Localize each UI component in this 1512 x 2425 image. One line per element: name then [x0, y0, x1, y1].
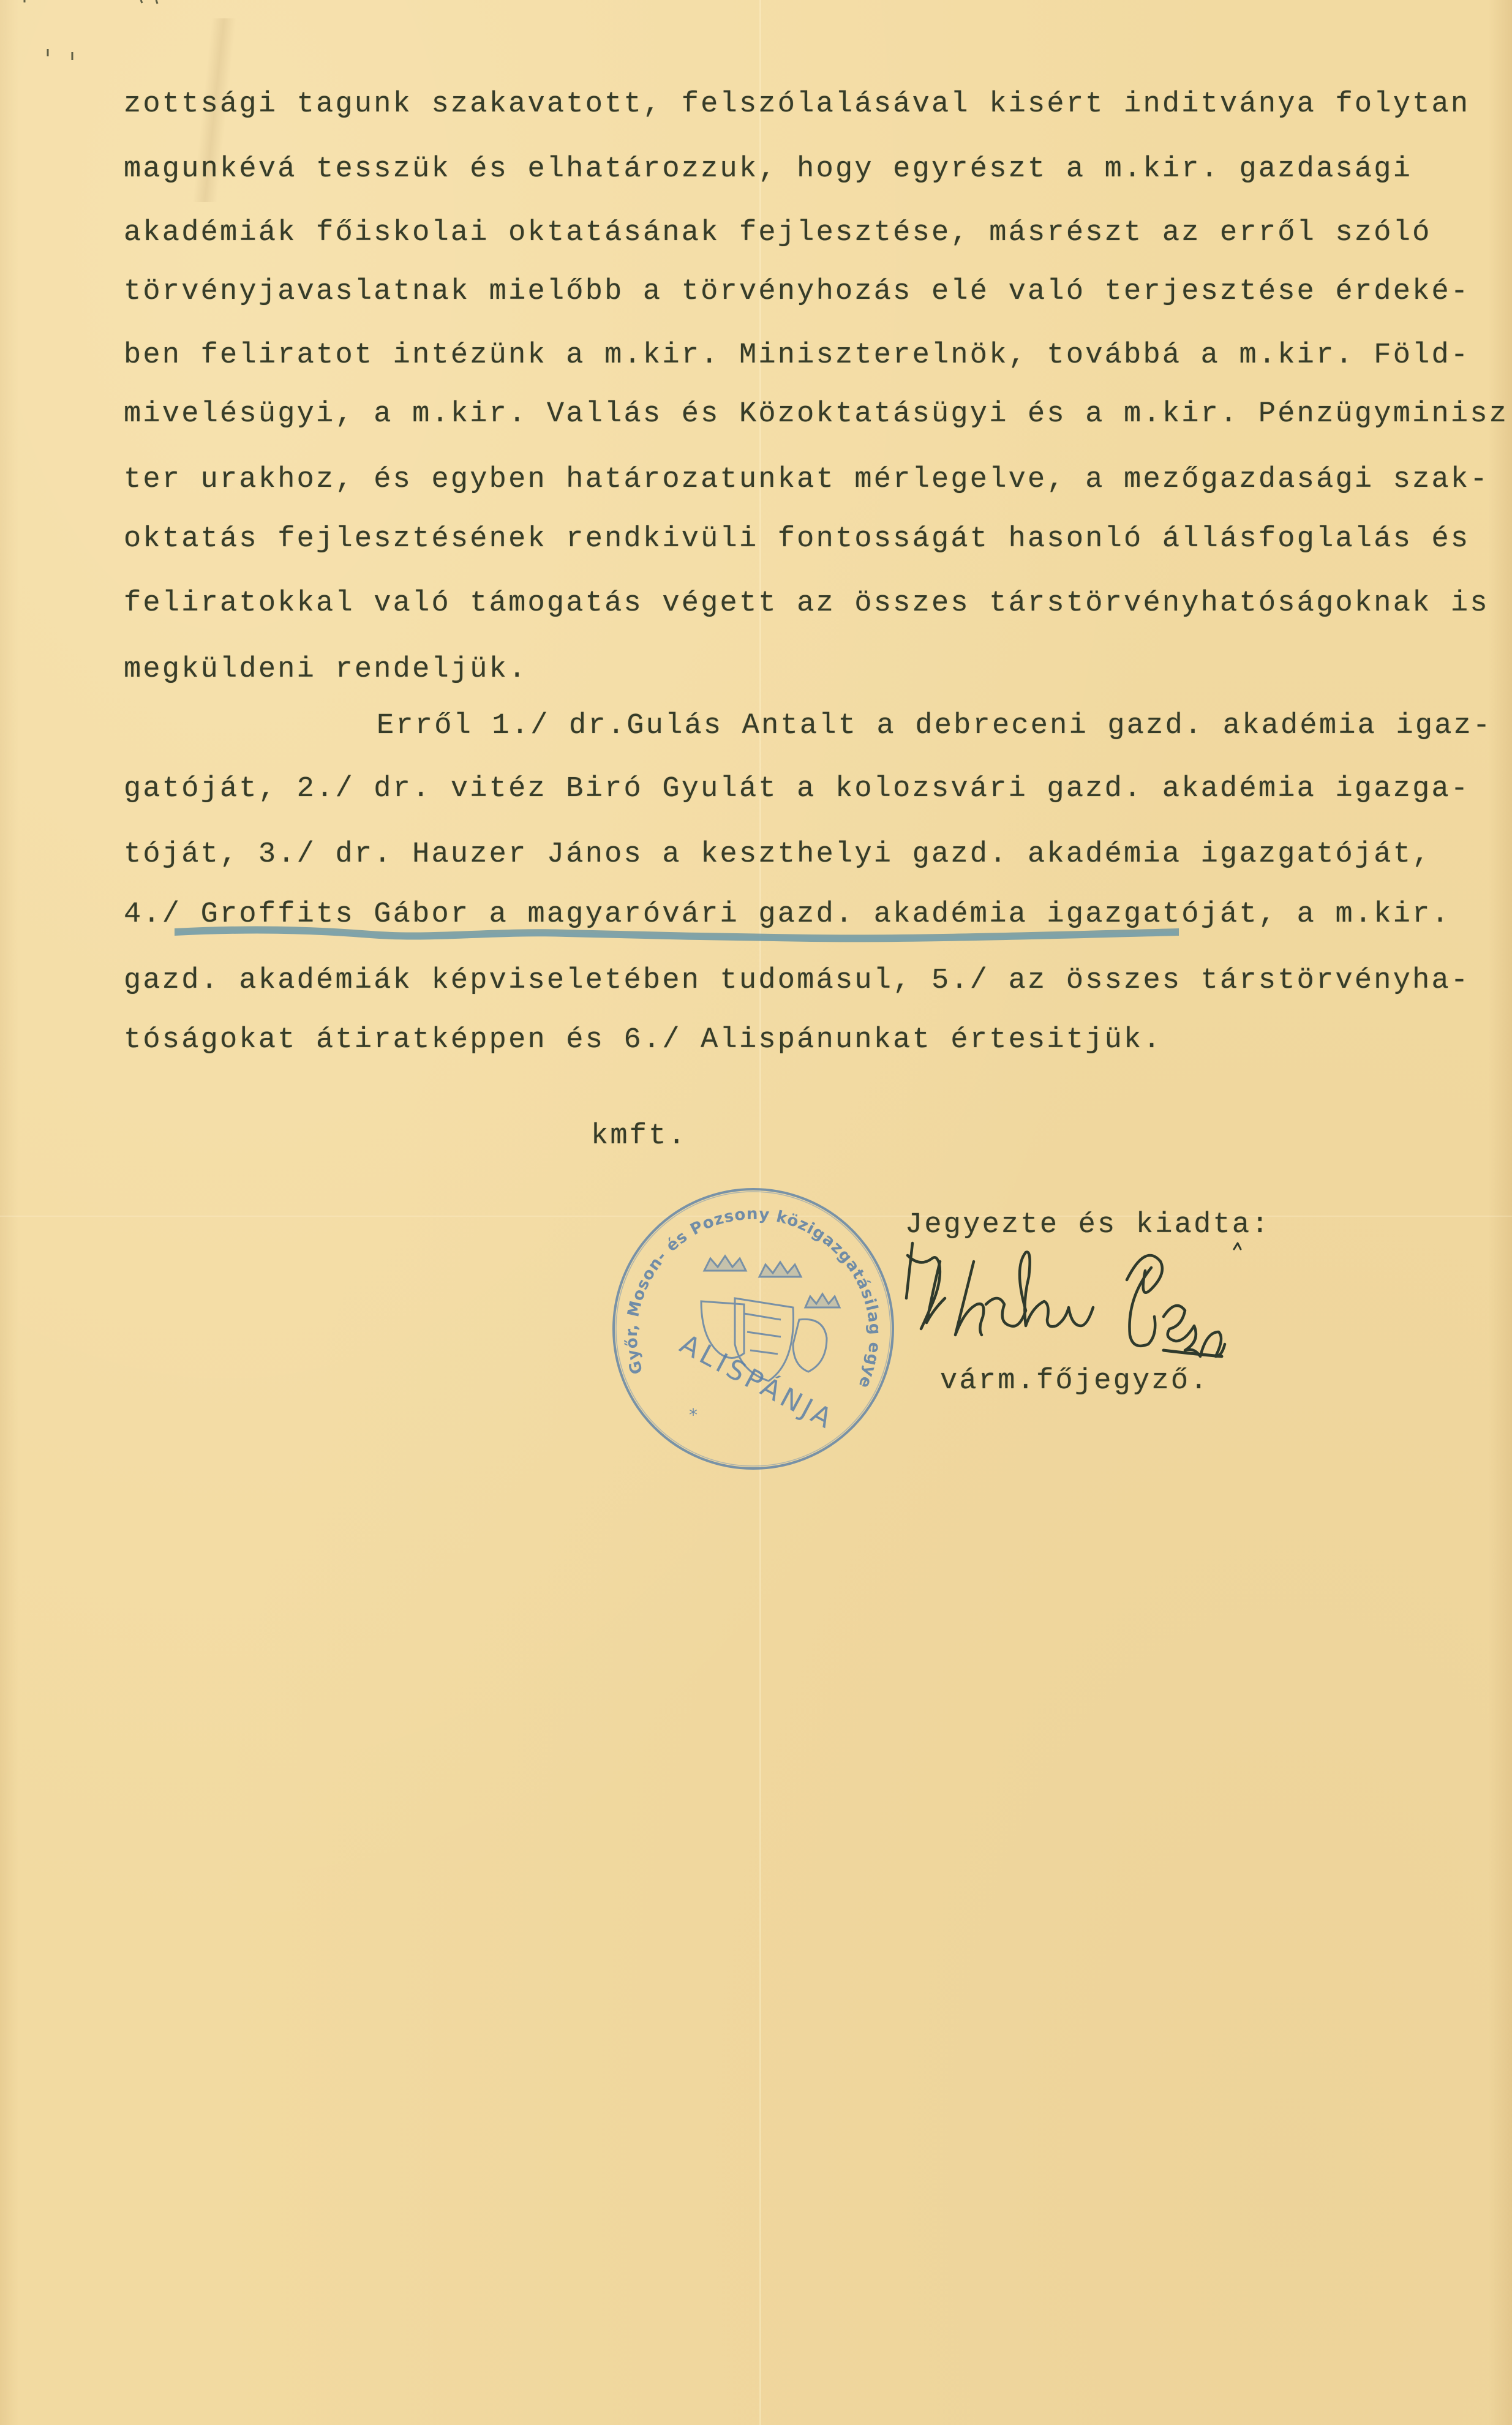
distribution-line: gatóját, 2./ dr. vitéz Biró Gyulát a kol… [124, 775, 1470, 803]
distribution-line: gazd. akadémiák képviseletében tudomásul… [124, 966, 1470, 995]
body-line: törvényjavaslatnak mielőbb a törvényhozá… [124, 277, 1470, 306]
distribution-line: Erről 1./ dr.Gulás Antalt a debreceni ga… [377, 712, 1492, 740]
stamp-center-text: ALISPÁNJA [675, 1328, 841, 1437]
body-line: oktatás fejlesztésének rendkivüli fontos… [124, 525, 1470, 554]
stamp-star: * [689, 1405, 698, 1425]
handwritten-signature [894, 1231, 1335, 1372]
body-line: megküldeni rendeljük. [124, 655, 528, 684]
distribution-line: tóságokat átiratképpen és 6./ Alispánunk… [124, 1026, 1162, 1055]
top-edge-ink-marks [0, 0, 1512, 67]
body-line: mivelésügyi, a m.kir. Vallás és Közoktat… [124, 400, 1512, 429]
body-line: zottsági tagunk szakavatott, felszólalás… [124, 90, 1470, 119]
blue-crayon-underline [175, 925, 1179, 943]
body-line: akadémiák főiskolai oktatásának fejleszt… [124, 219, 1432, 247]
body-line: feliratokkal való támogatás végett az ös… [124, 589, 1489, 618]
body-line: magunkévá tesszük és elhatározzuk, hogy … [124, 155, 1412, 184]
body-line: ben feliratot intézünk a m.kir. Miniszte… [124, 341, 1470, 370]
official-stamp-seal: Győr, Moson- és Pozsony közigazgatásilag… [603, 1179, 903, 1479]
distribution-line: tóját, 3./ dr. Hauzer János a keszthelyi… [124, 840, 1432, 869]
body-line: ter urakhoz, és egyben határozatunkat mé… [124, 465, 1489, 494]
closing-kmft: kmft. [591, 1122, 687, 1151]
